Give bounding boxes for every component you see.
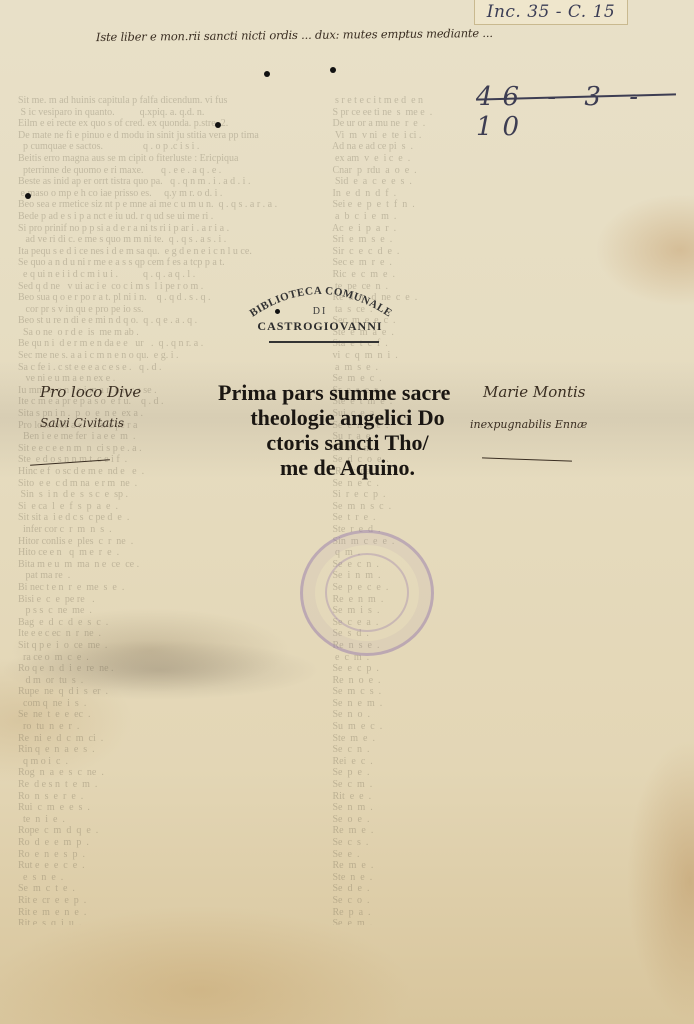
title-line-3: ctoris sancti Tho/ — [215, 430, 480, 455]
ink-dot — [330, 67, 336, 73]
stamp-rule — [269, 341, 379, 343]
title-block: Prima pars summe sacre theologie angelic… — [215, 380, 480, 480]
margin-note-left-1: Pro loco Dive — [40, 383, 141, 401]
shelfmark-label: Inc. 35 - C. 15 — [474, 0, 628, 25]
show-through-text-right-column: s r e t e c i t m e d e n S pr ce ee ti … — [330, 95, 630, 925]
margin-note-right-2: inexpugnabilis Ennæ — [470, 418, 587, 431]
ownership-inscription: Iste liber e mon.rii sancti nicti ordis … — [96, 26, 493, 44]
round-violet-stamp — [300, 530, 434, 656]
old-shelfmark-text: 46 - 3 - 10 — [476, 82, 648, 142]
stamp-di: DI — [225, 306, 415, 317]
show-through-text-left-column: Sit me. m ad huinis capitula p falfa dic… — [18, 95, 318, 925]
ink-dot — [215, 122, 221, 128]
ink-dot — [25, 193, 31, 199]
title-line-4: me de Aquino. — [215, 455, 480, 480]
library-stamp: BIBLIOTECA COMUNALE DI CASTROGIOVANNI — [225, 275, 415, 355]
title-line-1: Prima pars summe sacre — [215, 380, 480, 405]
stain-shadow — [0, 640, 320, 700]
stamp-city: CASTROGIOVANNI — [225, 319, 415, 334]
title-line-2: theologie angelici Do — [215, 405, 480, 430]
ink-dot — [264, 71, 270, 77]
old-shelfmark-crossed: 46 - 3 - 10 — [476, 82, 694, 142]
round-stamp-inner-ring — [325, 553, 409, 632]
margin-note-left-2: Salvi Civitatis — [40, 416, 124, 430]
margin-note-right-1: Marie Montis — [483, 383, 586, 401]
scanned-page: Sit me. m ad huinis capitula p falfa dic… — [0, 0, 694, 1024]
